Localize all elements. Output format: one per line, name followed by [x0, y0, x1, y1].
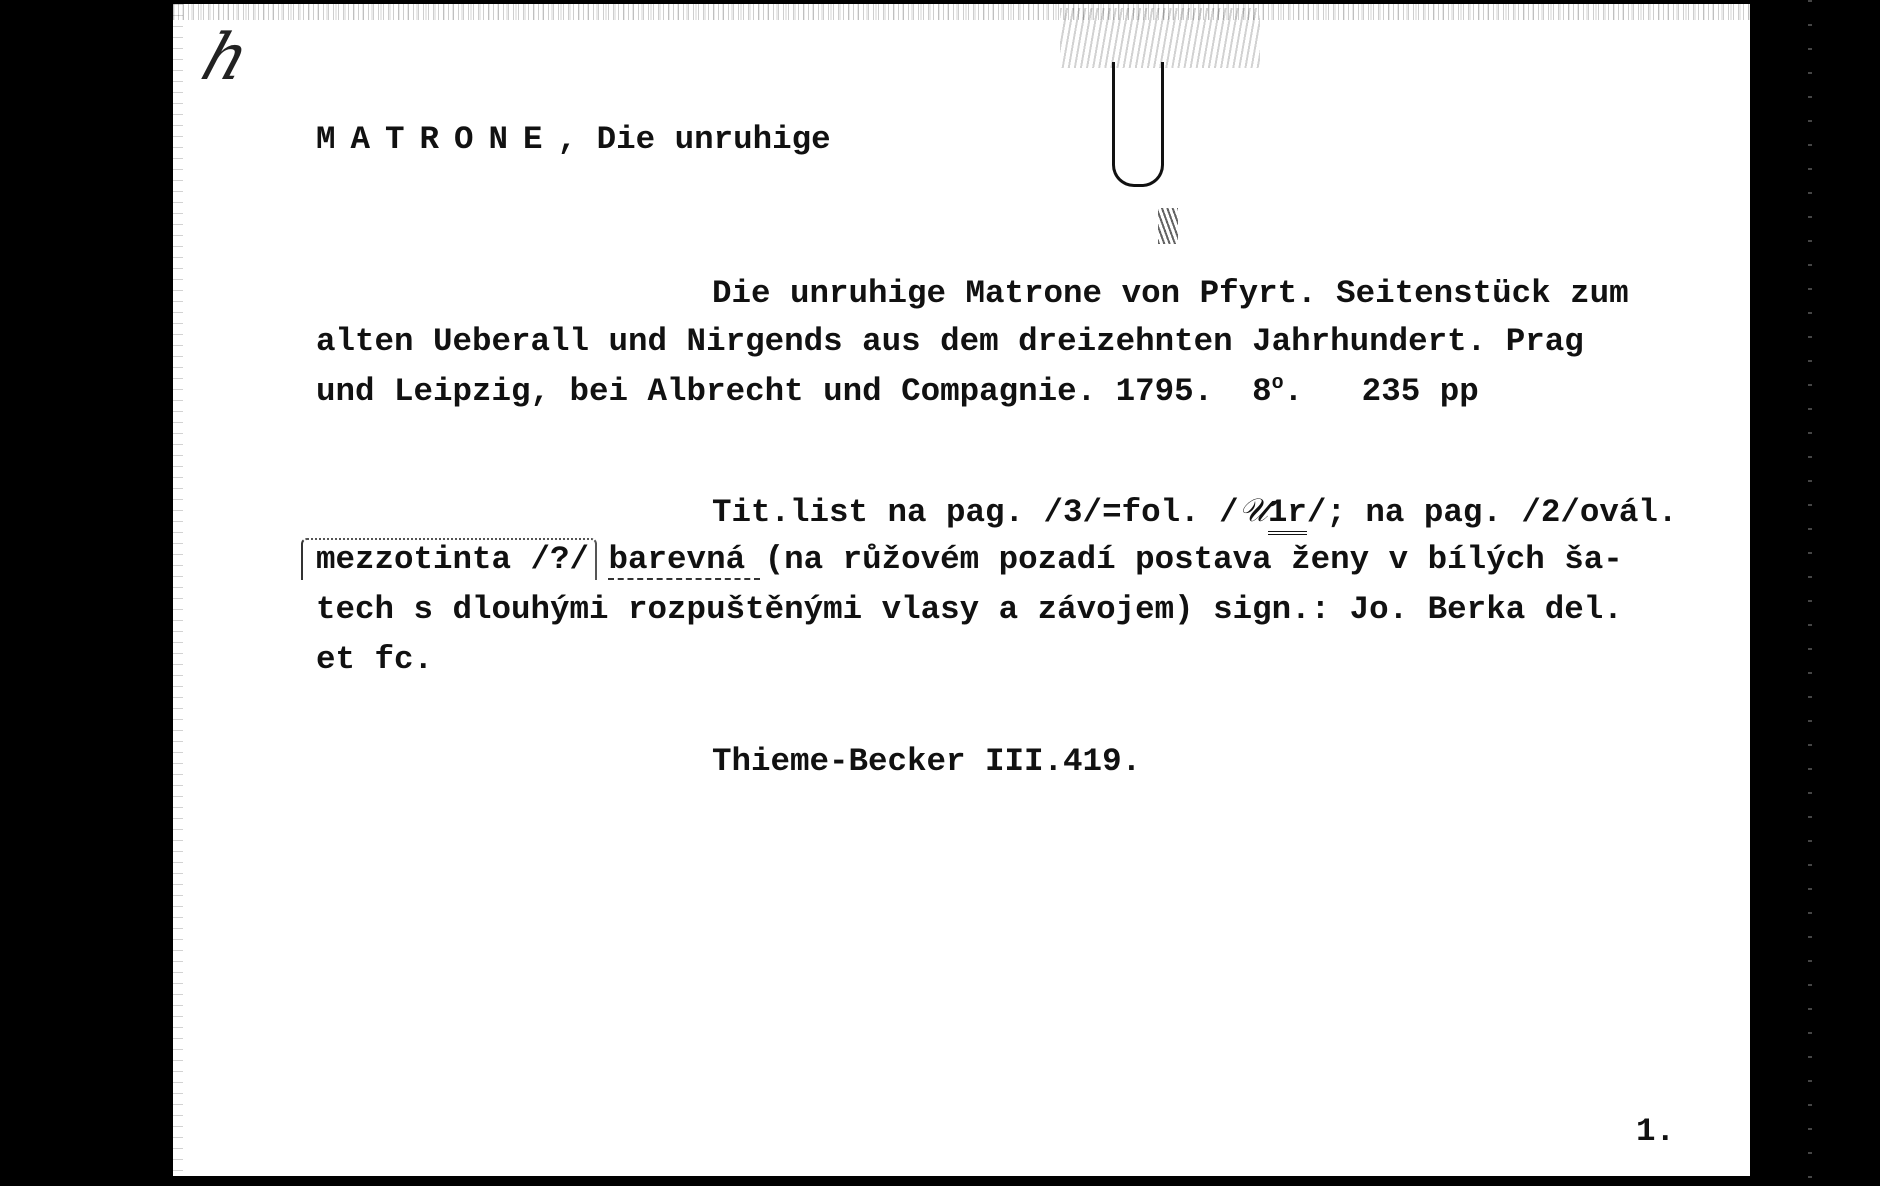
scan-noise — [1808, 0, 1812, 1186]
description-line-1: Die unruhige Matrone von Pfyrt. Seitenst… — [712, 278, 1629, 311]
note-line-4: et fc. — [316, 644, 433, 677]
format-superscript: o — [1272, 372, 1284, 395]
note-line-3: tech s dlouhými rozpuštěnými vlasy a záv… — [316, 594, 1623, 627]
note-line-1: Tit.list na pag. /3/=fol. /𝒰1r/; na pag.… — [712, 494, 1677, 530]
note-line-2: mezzotinta /?/ barevná (na růžovém pozad… — [316, 544, 1623, 577]
handwritten-correction: 𝒰 — [1239, 491, 1268, 529]
note-plate-ref: /; na pag. /2/ovál. — [1307, 494, 1678, 531]
card-left-edge-noise — [173, 4, 183, 1176]
heading-title: MATRONE — [316, 121, 558, 158]
pencil-underline — [608, 576, 760, 580]
description-line-3: und Leipzig, bei Albrecht und Compagnie.… — [316, 376, 1479, 409]
heading-subtitle: Die unruhige — [597, 121, 831, 158]
card-heading: MATRONE, Die unruhige — [316, 124, 831, 157]
pagination: . 235 pp — [1284, 373, 1479, 410]
clip-mark — [1158, 208, 1178, 244]
folio-ref: 1r — [1268, 494, 1307, 535]
catalog-card — [173, 4, 1750, 1176]
description-line-2: alten Ueberall und Nirgends aus dem drei… — [316, 326, 1584, 359]
note-title-page: Tit.list na pag. /3/=fol. / — [712, 494, 1239, 531]
paper-clip-icon — [1112, 62, 1164, 187]
heading-separator: , — [558, 121, 578, 158]
imprint-text: und Leipzig, bei Albrecht und Compagnie.… — [316, 373, 1272, 410]
paper-clip-shadow — [1060, 8, 1260, 68]
card-top-edge-noise — [173, 4, 1750, 20]
bibliographic-reference: Thieme-Becker III.419. — [712, 746, 1141, 779]
card-page-number: 1. — [1636, 1116, 1675, 1149]
